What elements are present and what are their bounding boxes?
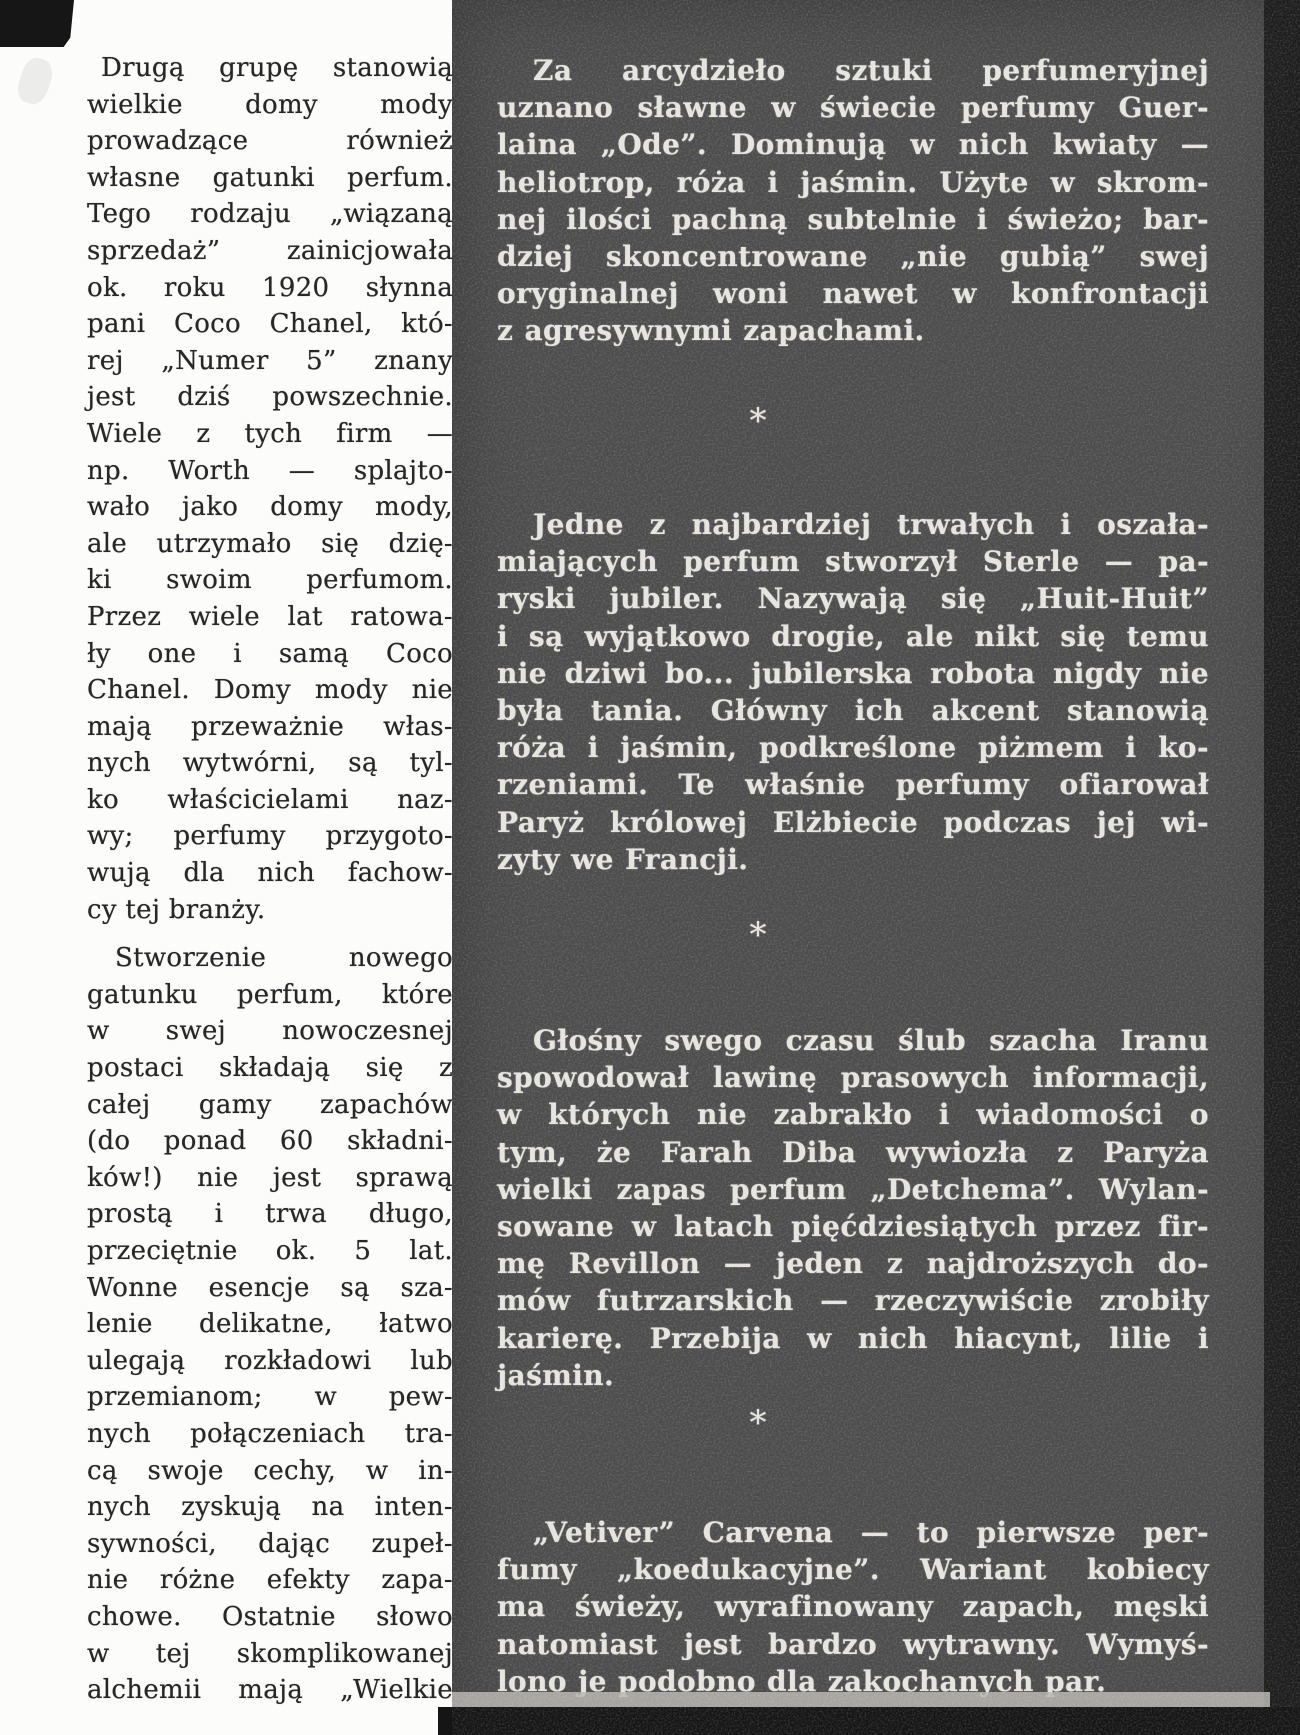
text-line: tym, że Farah Diba wywiozła z Paryża xyxy=(497,1134,1209,1171)
text-line: ulegają rozkładowi lub xyxy=(87,1343,453,1380)
text-line: ryski jubiler. Nazywają się „Huit-Huit” xyxy=(497,580,1209,617)
text-line: wielki zapas perfum „Detchema”. Wylan- xyxy=(497,1171,1209,1208)
right-paragraph-2: Jedne z najbardziej trwałych i oszała-mi… xyxy=(497,506,1209,878)
page: Drugą grupę stanowiąwielkie domy modypro… xyxy=(0,0,1300,1735)
text-line: z agresywnymi zapachami. xyxy=(497,312,1209,349)
text-line: Chanel. Domy mody nie xyxy=(87,672,453,709)
text-line: Paryż królowej Elżbiecie podczas jej wi- xyxy=(497,804,1209,841)
left-paragraph-1: Drugą grupę stanowiąwielkie domy modypro… xyxy=(87,50,453,928)
text-line: cy tej branży. xyxy=(87,892,453,929)
text-line: przeciętnie ok. 5 lat. xyxy=(87,1233,453,1270)
text-line: nych zyskują na inten- xyxy=(87,1489,453,1526)
scan-bottom-gap xyxy=(452,1692,1270,1707)
asterisk-glyph: * xyxy=(750,401,767,441)
text-line: „Vetiver” Carvena — to pierwsze per- xyxy=(497,1514,1209,1551)
text-line: pani Coco Chanel, któ- xyxy=(87,306,453,343)
text-line: była tania. Główny ich akcent stanowią xyxy=(497,692,1209,729)
text-line: natomiast jest bardzo wytrawny. Wymyś- xyxy=(497,1626,1209,1663)
text-line: ków!) nie jest sprawą xyxy=(87,1160,453,1197)
text-line: mę Revillon — jeden z najdroższych do- xyxy=(497,1245,1209,1282)
text-line: Stworzenie nowego xyxy=(87,940,453,977)
text-line: w tej skomplikowanej xyxy=(87,1636,453,1673)
left-column: Drugą grupę stanowiąwielkie domy modypro… xyxy=(87,50,453,1709)
text-line: sywności, dając zupeł- xyxy=(87,1526,453,1563)
text-line: rzeniami. Te właśnie perfumy ofiarował xyxy=(497,766,1209,803)
text-line: wują dla nich fachow- xyxy=(87,855,453,892)
text-line: spowodował lawinę prasowych informacji, xyxy=(497,1059,1209,1096)
asterisk-glyph: * xyxy=(750,915,767,955)
text-line: nie dziwi bo... jubilerska robota nigdy … xyxy=(497,655,1209,692)
text-line: sprzedaż” zainicjowała xyxy=(87,233,453,270)
text-line: i są wyjątkowo drogie, ale nikt się temu xyxy=(497,618,1209,655)
text-line: ale utrzymało się dzię- xyxy=(87,526,453,563)
text-line: mów futrzarskich — rzeczywiście zrobiły xyxy=(497,1282,1209,1319)
right-column-panel: Za arcydzieło sztuki perfumeryjnejuznano… xyxy=(452,0,1300,1735)
text-line: laina „Ode”. Dominują w nich kwiaty — xyxy=(497,126,1209,163)
scan-bottom-bar xyxy=(438,1707,1300,1735)
text-line: sowane w latach pięćdziesiątych przez fi… xyxy=(497,1208,1209,1245)
asterisk-glyph: * xyxy=(750,1403,767,1443)
text-line: nie różne efekty zapa- xyxy=(87,1562,453,1599)
scan-right-edge xyxy=(1264,0,1300,1735)
text-line: jest dziś powszechnie. xyxy=(87,379,453,416)
text-line: Jedne z najbardziej trwałych i oszała- xyxy=(497,506,1209,543)
section-separator-2: * xyxy=(748,916,768,954)
section-separator-1: * xyxy=(748,402,768,440)
text-line: np. Worth — splajto- xyxy=(87,453,453,490)
text-line: ma świeży, wyrafinowany zapach, męski xyxy=(497,1588,1209,1625)
text-line: ok. roku 1920 słynna xyxy=(87,270,453,307)
scan-smudge xyxy=(14,54,57,107)
text-line: ki swoim perfumom. xyxy=(87,562,453,599)
text-line: dziej skoncentrowane „nie gubią” swej xyxy=(497,238,1209,275)
text-line: karierę. Przebija w nich hiacynt, lilie … xyxy=(497,1320,1209,1357)
text-line: całej gamy zapachów xyxy=(87,1087,453,1124)
text-line: w których nie zabrakło i wiadomości o xyxy=(497,1096,1209,1133)
right-paragraph-3: Głośny swego czasu ślub szacha Iranuspow… xyxy=(497,1022,1209,1394)
text-line: Wiele z tych firm — xyxy=(87,416,453,453)
text-line: (do ponad 60 składni- xyxy=(87,1123,453,1160)
text-line: Głośny swego czasu ślub szacha Iranu xyxy=(497,1022,1209,1059)
right-paragraph-1: Za arcydzieło sztuki perfumeryjnejuznano… xyxy=(497,52,1209,350)
text-line: prostą i trwa długo, xyxy=(87,1196,453,1233)
text-line: wy; perfumy przygoto- xyxy=(87,818,453,855)
text-line: heliotrop, róża i jaśmin. Użyte w skrom- xyxy=(497,164,1209,201)
text-line: lenie delikatne, łatwo xyxy=(87,1306,453,1343)
text-line: Tego rodzaju „wiązaną xyxy=(87,196,453,233)
text-line: ko właścicielami naz- xyxy=(87,782,453,819)
text-line: jaśmin. xyxy=(497,1357,1209,1394)
text-line: wielkie domy mody xyxy=(87,87,453,124)
text-line: fumy „koedukacyjne”. Wariant kobiecy xyxy=(497,1551,1209,1588)
text-line: cą swoje cechy, w in- xyxy=(87,1453,453,1490)
text-line: gatunku perfum, które xyxy=(87,977,453,1014)
text-line: rej „Numer 5” znany xyxy=(87,343,453,380)
text-line: Wonne esencje są sza- xyxy=(87,1270,453,1307)
text-line: oryginalnej woni nawet w konfrontacji xyxy=(497,275,1209,312)
section-separator-3: * xyxy=(748,1404,768,1442)
text-line: postaci składają się z xyxy=(87,1050,453,1087)
text-line: w swej nowoczesnej xyxy=(87,1013,453,1050)
text-line: róża i jaśmin, podkreślone piżmem i ko- xyxy=(497,729,1209,766)
text-line: prowadzące również xyxy=(87,123,453,160)
text-line: zyty we Francji. xyxy=(497,841,1209,878)
left-paragraph-2: Stworzenie nowegogatunku perfum, którew … xyxy=(87,940,453,1708)
text-line: Przez wiele lat ratowa- xyxy=(87,599,453,636)
text-line: ły one i samą Coco xyxy=(87,636,453,673)
text-line: własne gatunki perfum. xyxy=(87,160,453,197)
text-line: nych połączeniach tra- xyxy=(87,1416,453,1453)
text-line: nych wytwórni, są tyl- xyxy=(87,745,453,782)
text-line: miających perfum stworzył Sterle — pa- xyxy=(497,543,1209,580)
text-line: nej ilości pachną subtelnie i świeżo; ba… xyxy=(497,201,1209,238)
scan-corner-mark xyxy=(0,0,74,47)
text-line: chowe. Ostatnie słowo xyxy=(87,1599,453,1636)
text-line: Drugą grupę stanowią xyxy=(87,50,453,87)
text-line: wało jako domy mody, xyxy=(87,489,453,526)
text-line: mają przeważnie włas- xyxy=(87,709,453,746)
text-line: Za arcydzieło sztuki perfumeryjnej xyxy=(497,52,1209,89)
right-paragraph-4: „Vetiver” Carvena — to pierwsze per-fumy… xyxy=(497,1514,1209,1700)
text-line: alchemii mają „Wielkie xyxy=(87,1672,453,1709)
text-line: przemianom; w pew- xyxy=(87,1379,453,1416)
text-line: uznano sławne w świecie perfumy Guer- xyxy=(497,89,1209,126)
